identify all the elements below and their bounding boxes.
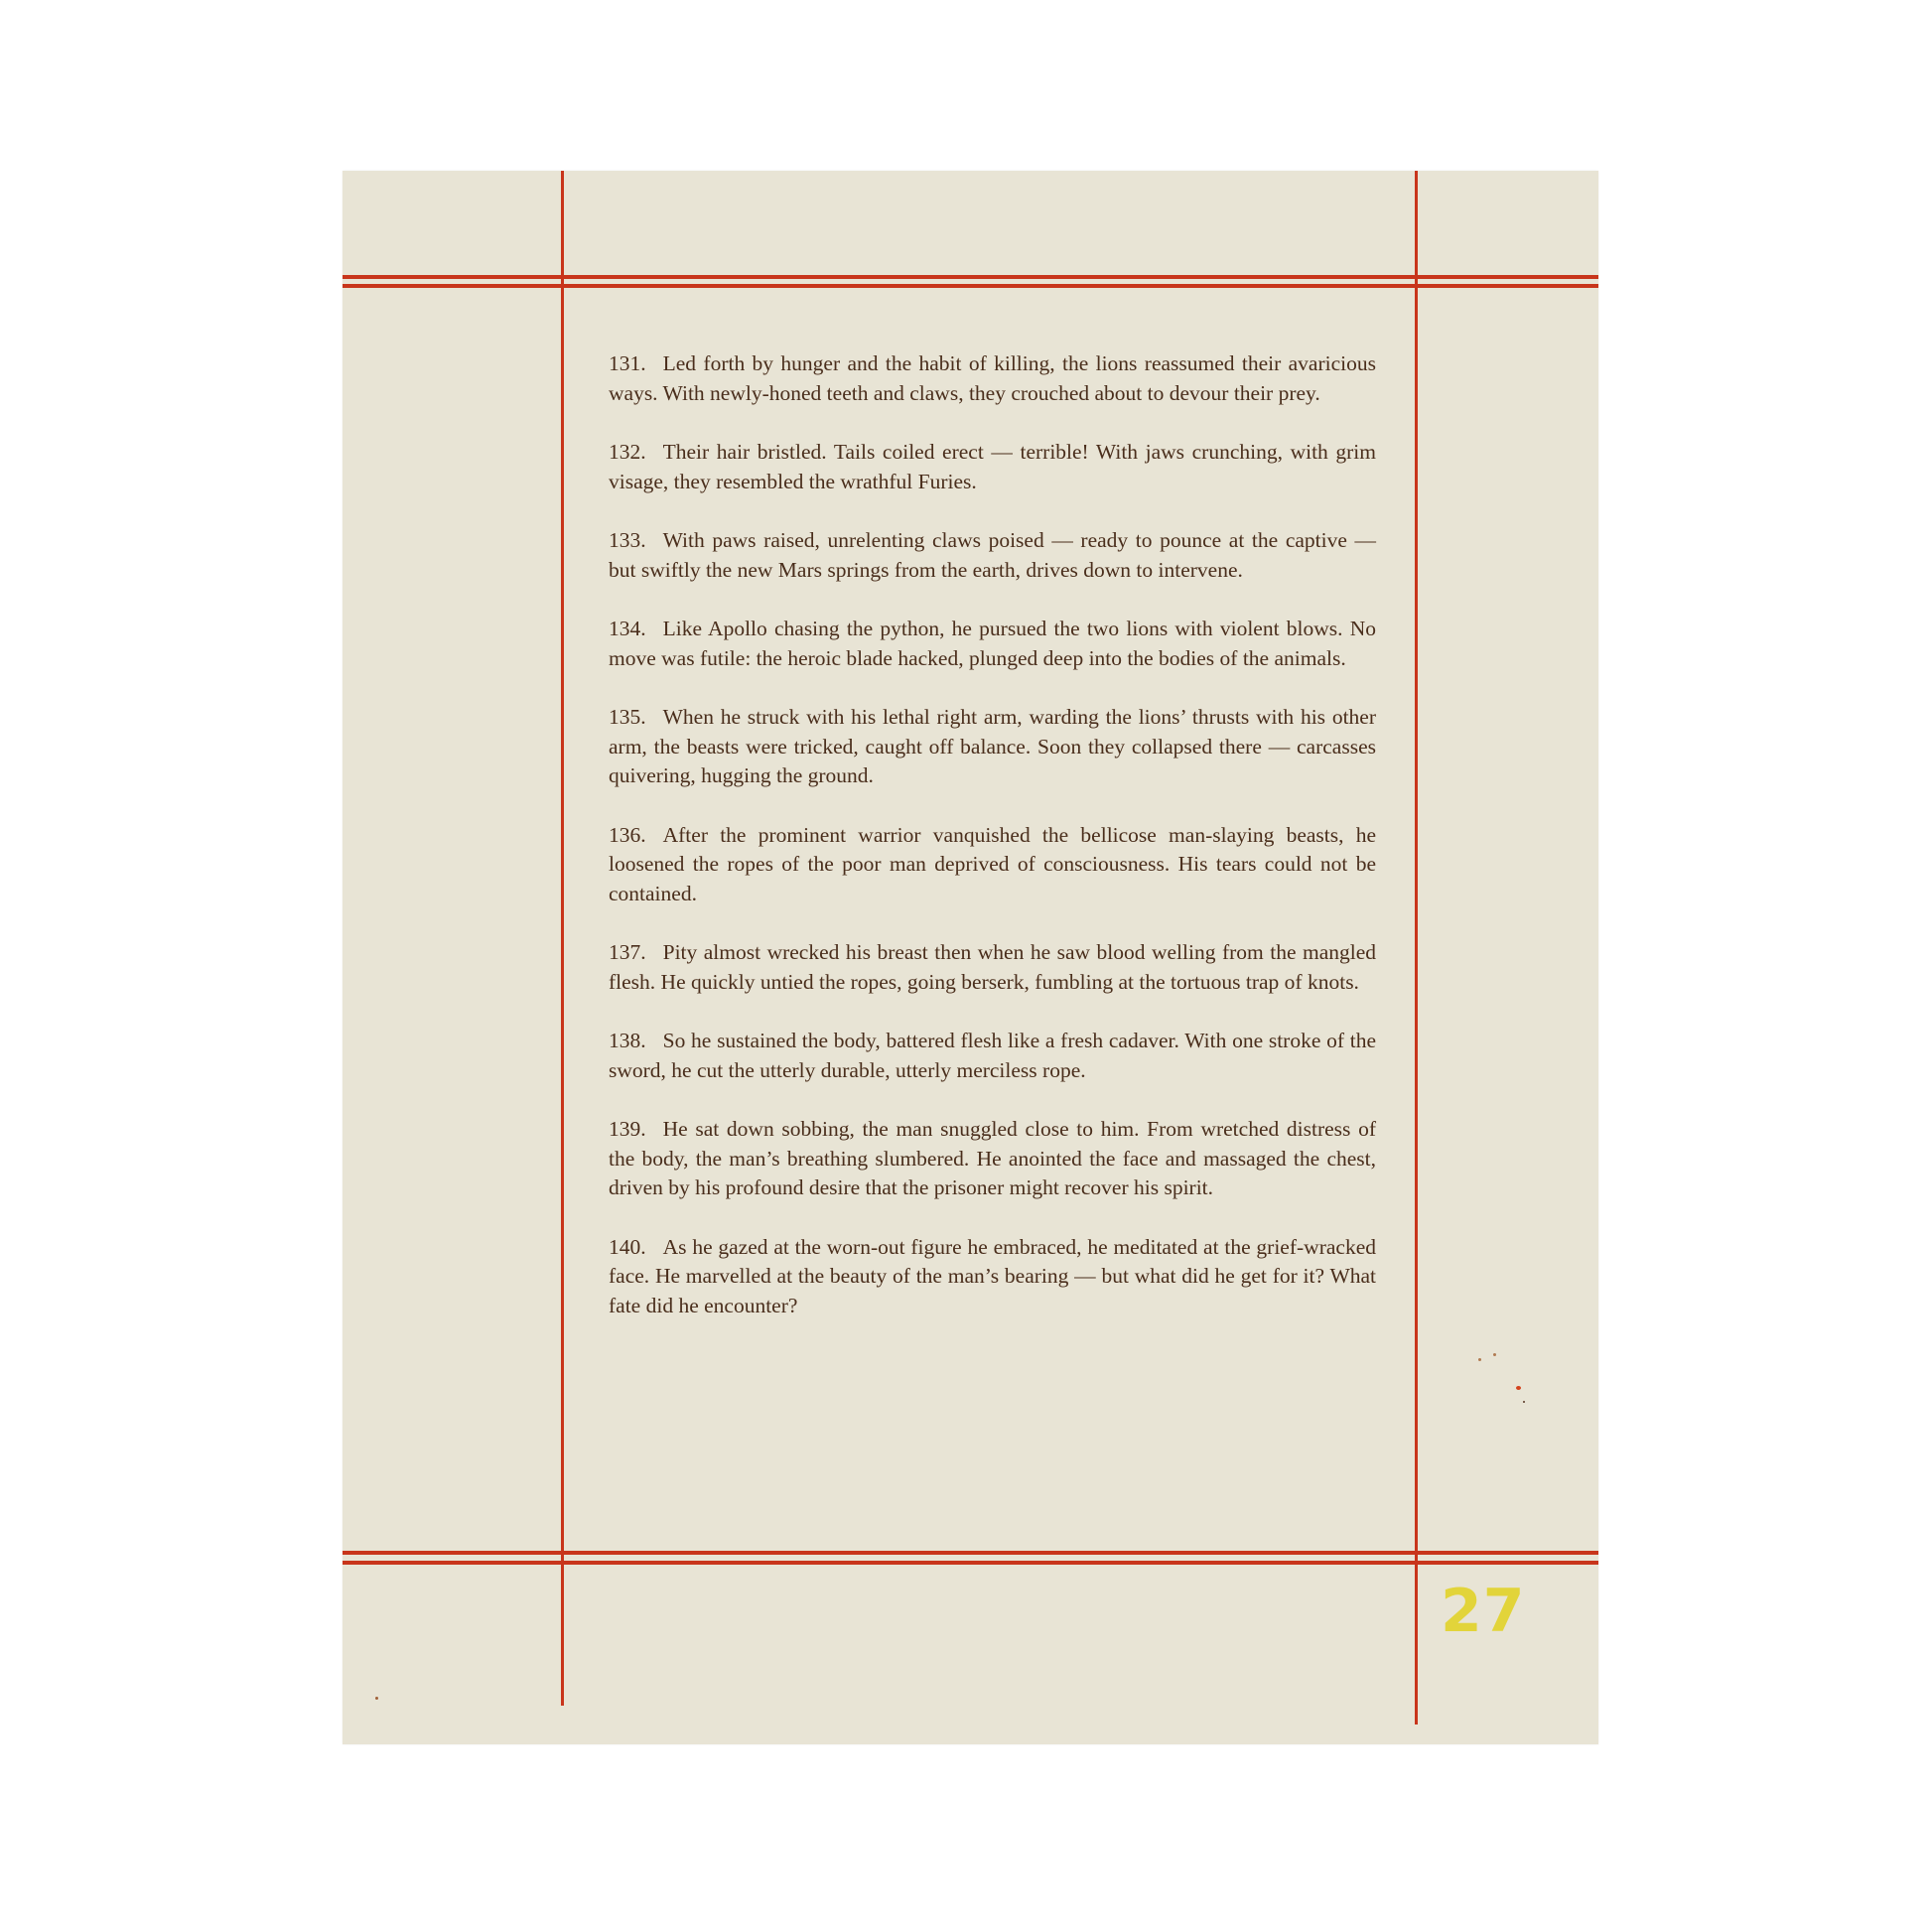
verse-paragraph: 138.So he sustained the body, battered f… <box>609 1027 1376 1085</box>
verse-number: 133. <box>609 526 646 556</box>
verse-number: 137. <box>609 938 646 968</box>
verse-paragraph: 132.Their hair bristled. Tails coiled er… <box>609 438 1376 496</box>
verse-paragraph: 139.He sat down sobbing, the man snuggle… <box>609 1115 1376 1203</box>
verse-paragraph: 134.Like Apollo chasing the python, he p… <box>609 615 1376 673</box>
verse-paragraph: 135.When he struck with his lethal right… <box>609 703 1376 791</box>
left-vertical-rule <box>561 171 564 1706</box>
verse-text: So he sustained the body, battered flesh… <box>609 1029 1376 1082</box>
verse-number: 138. <box>609 1027 646 1056</box>
page-number: 27 <box>1441 1577 1526 1646</box>
verse-text: Pity almost wrecked his breast then when… <box>609 940 1376 994</box>
verse-number: 139. <box>609 1115 646 1145</box>
ink-speck <box>1516 1386 1521 1390</box>
verse-text: When he struck with his lethal right arm… <box>609 705 1376 787</box>
verse-text: Led forth by hunger and the habit of kil… <box>609 351 1376 405</box>
verse-text: After the prominent warrior vanquished t… <box>609 823 1376 905</box>
top-rule-upper <box>343 275 1598 279</box>
ink-speck <box>375 1697 378 1700</box>
right-vertical-rule <box>1415 171 1418 1725</box>
verse-column: 131.Led forth by hunger and the habit of… <box>609 349 1376 1350</box>
verse-number: 135. <box>609 703 646 733</box>
verse-paragraph: 133.With paws raised, unrelenting claws … <box>609 526 1376 585</box>
verse-text: As he gazed at the worn-out figure he em… <box>609 1235 1376 1317</box>
verse-number: 132. <box>609 438 646 468</box>
ink-speck <box>1523 1401 1525 1403</box>
verse-number: 140. <box>609 1233 646 1263</box>
verse-number: 136. <box>609 821 646 851</box>
verse-paragraph: 140.As he gazed at the worn-out figure h… <box>609 1233 1376 1321</box>
bottom-rule-lower <box>343 1561 1598 1565</box>
top-rule-lower <box>343 284 1598 288</box>
verse-paragraph: 137.Pity almost wrecked his breast then … <box>609 938 1376 997</box>
ink-speck <box>1478 1358 1481 1361</box>
ink-speck <box>1493 1353 1496 1356</box>
verse-text: Like Apollo chasing the python, he pursu… <box>609 617 1376 670</box>
verse-number: 134. <box>609 615 646 644</box>
verse-text: He sat down sobbing, the man snuggled cl… <box>609 1117 1376 1199</box>
verse-text: Their hair bristled. Tails coiled erect … <box>609 440 1376 493</box>
verse-number: 131. <box>609 349 646 379</box>
verse-paragraph: 131.Led forth by hunger and the habit of… <box>609 349 1376 408</box>
bottom-rule-upper <box>343 1551 1598 1555</box>
verse-paragraph: 136.After the prominent warrior vanquish… <box>609 821 1376 909</box>
verse-text: With paws raised, unrelenting claws pois… <box>609 528 1376 582</box>
